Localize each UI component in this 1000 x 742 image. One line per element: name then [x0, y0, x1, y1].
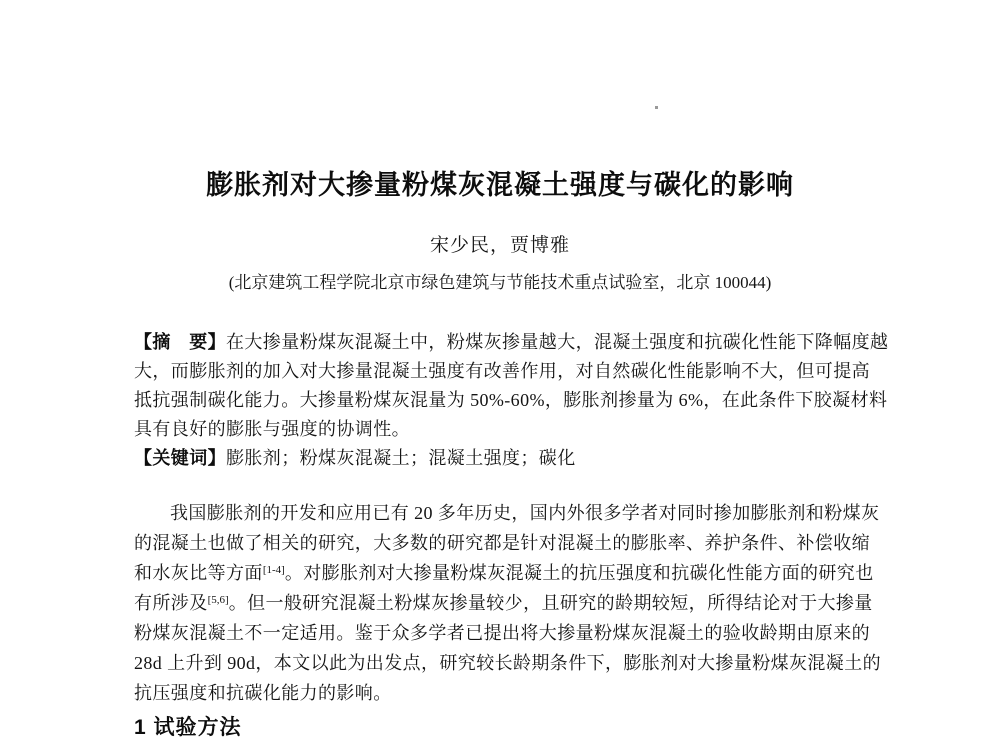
body-line: 抗压强度和抗碳化能力的影响。 — [134, 678, 874, 708]
abstract-line: 【摘 要】在大掺量粉煤灰混凝土中，粉煤灰掺量越大，混凝土强度和抗碳化性能下降幅度… — [134, 328, 874, 357]
keywords-text: 膨胀剂；粉煤灰混凝土；混凝土强度；碳化 — [226, 448, 576, 468]
abstract-line: 大，而膨胀剂的加入对大掺量混凝土强度有改善作用，对自然碳化性能影响不大，但可提高 — [134, 357, 874, 386]
body-line: 有所涉及[5,6]。但一般研究混凝土粉煤灰掺量较少，且研究的龄期较短，所得结论对… — [134, 588, 874, 618]
body-paragraph: 我国膨胀剂的开发和应用已有 20 多年历史，国内外很多学者对同时掺加膨胀剂和粉煤… — [134, 498, 874, 708]
body-line: 我国膨胀剂的开发和应用已有 20 多年历史，国内外很多学者对同时掺加膨胀剂和粉煤… — [134, 498, 874, 528]
abstract-line: 抵抗强制碳化能力。大掺量粉煤灰混量为 50%-60%，膨胀剂掺量为 6%，在此条… — [134, 386, 874, 415]
body-line: 的混凝土也做了相关的研究，大多数的研究都是针对混凝土的膨胀率、养护条件、补偿收缩 — [134, 528, 874, 558]
section-heading: 1 试验方法 — [134, 711, 242, 741]
keywords-label: 【关键词】 — [134, 448, 226, 468]
body-line: 和水灰比等方面[1-4]。对膨胀剂对大掺量粉煤灰混凝土的抗压强度和抗碳化性能方面… — [134, 558, 874, 588]
paper-page: 膨胀剂对大掺量粉煤灰混凝土强度与碳化的影响 宋少民，贾博雅 (北京建筑工程学院北… — [0, 0, 1000, 742]
citation-superscript: [1-4] — [263, 564, 285, 576]
abstract-text: 在大掺量粉煤灰混凝土中，粉煤灰掺量越大，混凝土强度和抗碳化性能下降幅度越 — [226, 332, 888, 352]
abstract-block: 【摘 要】在大掺量粉煤灰混凝土中，粉煤灰掺量越大，混凝土强度和抗碳化性能下降幅度… — [134, 328, 874, 473]
abstract-line: 具有良好的膨胀与强度的协调性。 — [134, 415, 874, 444]
abstract-label: 【摘 要】 — [134, 332, 226, 352]
body-line: 28d 上升到 90d，本文以此为出发点，研究较长龄期条件下，膨胀剂对大掺量粉煤… — [134, 648, 874, 678]
keywords-line: 【关键词】膨胀剂；粉煤灰混凝土；混凝土强度；碳化 — [134, 444, 874, 473]
scan-speck — [655, 106, 658, 109]
authors-line: 宋少民，贾博雅 — [0, 230, 1000, 257]
body-line: 粉煤灰混凝土不一定适用。鉴于众多学者已提出将大掺量粉煤灰混凝土的验收龄期由原来的 — [134, 618, 874, 648]
affiliation-line: (北京建筑工程学院北京市绿色建筑与节能技术重点试验室，北京 100044) — [0, 268, 1000, 293]
paper-title: 膨胀剂对大掺量粉煤灰混凝土强度与碳化的影响 — [0, 163, 1000, 202]
citation-superscript: [5,6] — [208, 594, 229, 606]
